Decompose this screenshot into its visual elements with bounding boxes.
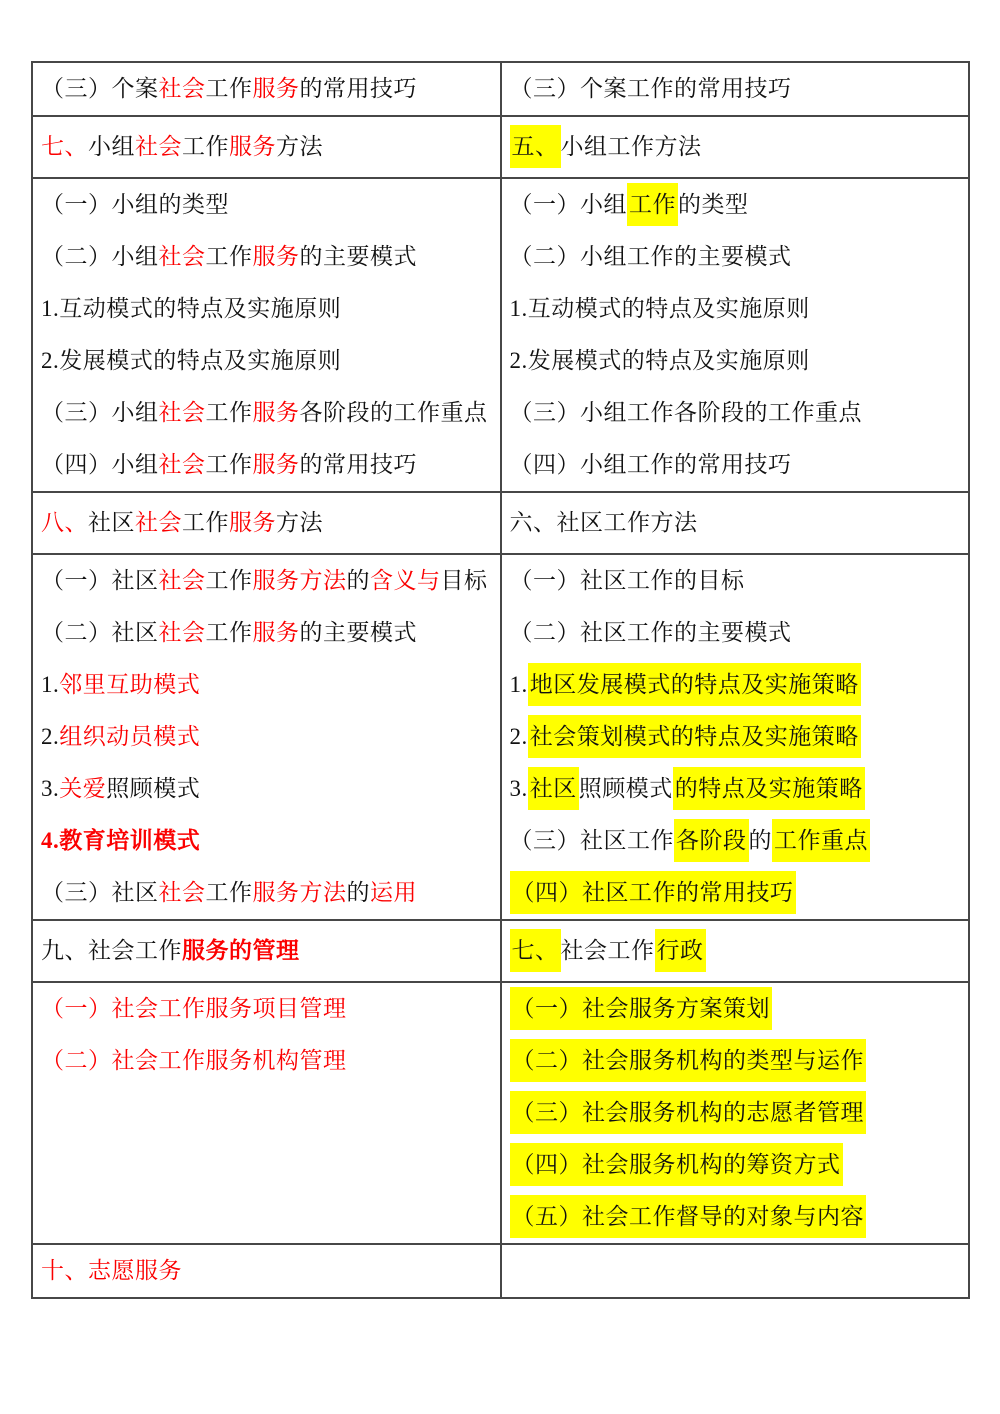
table-row: （一）小组的类型（二）小组社会工作服务的主要模式1.互动模式的特点及实施原则2.…	[32, 178, 969, 492]
text-segment: 3.	[510, 776, 528, 801]
text-line: 1.邻里互助模式	[41, 659, 492, 711]
text-line: （三）个案工作的常用技巧	[510, 63, 961, 115]
cell-left: （一）社区社会工作服务方法的含义与目标（二）社区社会工作服务的主要模式1.邻里互…	[32, 554, 501, 920]
text-line: （三）社区工作各阶段的工作重点	[510, 815, 961, 867]
text-segment: 的	[347, 568, 371, 593]
text-line: （二）社区工作的主要模式	[510, 607, 961, 659]
red-text: 服务的管理	[182, 938, 300, 963]
text-line: （三）小组工作各阶段的工作重点	[510, 387, 961, 439]
text-segment: 2.	[41, 724, 59, 749]
text-segment: 2.发展模式的特点及实施原则	[41, 348, 341, 373]
red-text: 八、	[41, 510, 88, 535]
table-row: （一）社会工作服务项目管理（二）社会工作服务机构管理（一）社会服务方案策划（二）…	[32, 982, 969, 1244]
cell-left: （一）小组的类型（二）小组社会工作服务的主要模式1.互动模式的特点及实施原则2.…	[32, 178, 501, 492]
text-line: （四）小组社会工作服务的常用技巧	[41, 439, 492, 491]
red-text: 社会	[159, 400, 206, 425]
text-segment: （二）小组	[41, 244, 159, 269]
text-line: 2.发展模式的特点及实施原则	[510, 335, 961, 387]
text-line: （五）社会工作督导的对象与内容	[510, 1191, 961, 1243]
text-segment: （三）个案	[41, 76, 159, 101]
text-line: 七、社会工作行政	[510, 925, 961, 977]
text-line: （一）小组的类型	[41, 179, 492, 231]
red-text: （二）社会工作服务机构管理	[41, 1048, 347, 1073]
text-line: （一）社会服务方案策划	[510, 983, 961, 1035]
red-text: 运用	[370, 880, 417, 905]
text-segment: 工作	[206, 620, 253, 645]
text-segment: （四）小组工作的常用技巧	[510, 452, 792, 477]
text-line: 八、社区社会工作服务方法	[41, 497, 492, 549]
text-line: （二）小组工作的主要模式	[510, 231, 961, 283]
syllabus-comparison-table: （三）个案社会工作服务的常用技巧（三）个案工作的常用技巧七、小组社会工作服务方法…	[31, 61, 970, 1299]
red-text: 含义与	[370, 568, 441, 593]
text-segment: （二）小组工作的主要模式	[510, 244, 792, 269]
text-segment: 六、社区工作方法	[510, 510, 698, 535]
highlighted-text: 社区	[528, 767, 579, 810]
text-segment: 目标	[441, 568, 488, 593]
red-text: 社会	[159, 880, 206, 905]
text-segment: （一）小组	[510, 192, 628, 217]
text-segment: 1.	[510, 672, 528, 697]
table-row: 七、小组社会工作服务方法五、小组工作方法	[32, 116, 969, 178]
text-segment: 的主要模式	[300, 244, 418, 269]
highlighted-text: 地区发展模式的特点及实施策略	[528, 663, 861, 706]
text-line: （二）社会工作服务机构管理	[41, 1035, 492, 1087]
text-segment: 社区	[88, 510, 135, 535]
text-line: 3.社区照顾模式的特点及实施策略	[510, 763, 961, 815]
text-segment: 的常用技巧	[300, 452, 418, 477]
text-line: 十、志愿服务	[41, 1245, 492, 1297]
highlighted-text: （四）社会服务机构的筹资方式	[510, 1143, 843, 1186]
text-segment: （三）社区	[41, 880, 159, 905]
red-text: 服务	[253, 452, 300, 477]
text-segment: 的	[749, 828, 773, 853]
cell-left: 十、志愿服务	[32, 1244, 501, 1298]
red-text: 服务方法	[253, 568, 347, 593]
text-line: （二）小组社会工作服务的主要模式	[41, 231, 492, 283]
highlighted-text: （五）社会工作督导的对象与内容	[510, 1195, 867, 1238]
text-segment: 工作	[206, 76, 253, 101]
text-segment: 2.	[510, 724, 528, 749]
text-line: （四）社会服务机构的筹资方式	[510, 1139, 961, 1191]
red-text: 社会	[159, 620, 206, 645]
cell-left: 八、社区社会工作服务方法	[32, 492, 501, 554]
text-segment: 工作	[206, 452, 253, 477]
table-row: 八、社区社会工作服务方法六、社区工作方法	[32, 492, 969, 554]
text-segment: 1.互动模式的特点及实施原则	[510, 296, 810, 321]
text-segment: 工作	[182, 510, 229, 535]
text-segment: 照顾模式	[106, 776, 200, 801]
table-row: 九、社会工作服务的管理七、社会工作行政	[32, 920, 969, 982]
text-line: 4.教育培训模式	[41, 815, 492, 867]
text-segment: 小组工作方法	[561, 134, 702, 159]
highlighted-text: （二）社会服务机构的类型与运作	[510, 1039, 867, 1082]
text-segment: （二）社区工作的主要模式	[510, 620, 792, 645]
red-text: 七、	[41, 134, 88, 159]
highlighted-text: （四）社区工作的常用技巧	[510, 871, 796, 914]
text-line: （四）社区工作的常用技巧	[510, 867, 961, 919]
text-line: 2.发展模式的特点及实施原则	[41, 335, 492, 387]
text-segment: 九、社会工作	[41, 938, 182, 963]
text-segment: 的常用技巧	[300, 76, 418, 101]
text-line: （三）社会服务机构的志愿者管理	[510, 1087, 961, 1139]
text-segment: 1.互动模式的特点及实施原则	[41, 296, 341, 321]
cell-right: （三）个案工作的常用技巧	[501, 62, 970, 116]
red-text: 邻里互助模式	[59, 672, 200, 697]
cell-right: 五、小组工作方法	[501, 116, 970, 178]
red-text: 社会	[135, 134, 182, 159]
red-text: 服务	[253, 76, 300, 101]
table-body: （三）个案社会工作服务的常用技巧（三）个案工作的常用技巧七、小组社会工作服务方法…	[32, 62, 969, 1298]
text-segment: （三）小组工作各阶段的工作重点	[510, 400, 863, 425]
cell-right: （一）社会服务方案策划（二）社会服务机构的类型与运作（三）社会服务机构的志愿者管…	[501, 982, 970, 1244]
text-line: （三）社区社会工作服务方法的运用	[41, 867, 492, 919]
red-text: 4.教育培训模式	[41, 828, 200, 853]
table-row: （一）社区社会工作服务方法的含义与目标（二）社区社会工作服务的主要模式1.邻里互…	[32, 554, 969, 920]
text-line: 六、社区工作方法	[510, 497, 961, 549]
text-segment: 的主要模式	[300, 620, 418, 645]
cell-left: 九、社会工作服务的管理	[32, 920, 501, 982]
text-segment: （一）社区工作的目标	[510, 568, 745, 593]
text-segment: （一）社区	[41, 568, 159, 593]
cell-right: 七、社会工作行政	[501, 920, 970, 982]
red-text: 服务	[229, 510, 276, 535]
document-page: （三）个案社会工作服务的常用技巧（三）个案工作的常用技巧七、小组社会工作服务方法…	[0, 0, 1000, 1414]
text-line: （一）社会工作服务项目管理	[41, 983, 492, 1035]
red-text: 社会	[135, 510, 182, 535]
text-line: （三）小组社会工作服务各阶段的工作重点	[41, 387, 492, 439]
red-text: （一）社会工作服务项目管理	[41, 996, 347, 1021]
red-text: 社会	[159, 452, 206, 477]
text-segment: 3.	[41, 776, 59, 801]
text-segment: （三）社区工作	[510, 828, 675, 853]
red-text: 十、志愿服务	[41, 1258, 182, 1283]
text-segment: 各阶段的工作重点	[300, 400, 488, 425]
text-segment: （一）小组的类型	[41, 192, 229, 217]
red-text: 服务方法	[253, 880, 347, 905]
red-text: 服务	[253, 620, 300, 645]
red-text: 服务	[253, 244, 300, 269]
text-segment: 照顾模式	[579, 776, 673, 801]
text-segment: 工作	[206, 400, 253, 425]
text-segment: （三）小组	[41, 400, 159, 425]
table-row: （三）个案社会工作服务的常用技巧（三）个案工作的常用技巧	[32, 62, 969, 116]
red-text: 组织动员模式	[59, 724, 200, 749]
text-line: （四）小组工作的常用技巧	[510, 439, 961, 491]
red-text: 社会	[159, 244, 206, 269]
text-line: （一）社区工作的目标	[510, 555, 961, 607]
highlighted-text: 工作重点	[772, 819, 870, 862]
highlighted-text: 行政	[655, 929, 706, 972]
text-segment: 的	[347, 880, 371, 905]
text-line: 五、小组工作方法	[510, 121, 961, 173]
cell-left: （一）社会工作服务项目管理（二）社会工作服务机构管理	[32, 982, 501, 1244]
red-text: 服务	[229, 134, 276, 159]
cell-left: 七、小组社会工作服务方法	[32, 116, 501, 178]
cell-left: （三）个案社会工作服务的常用技巧	[32, 62, 501, 116]
text-segment: 方法	[276, 134, 323, 159]
text-line: 九、社会工作服务的管理	[41, 925, 492, 977]
red-text: 关爱	[59, 776, 106, 801]
highlighted-text: 各阶段	[674, 819, 749, 862]
text-segment: 社会工作	[561, 938, 655, 963]
text-segment: （二）社区	[41, 620, 159, 645]
highlighted-text: 的特点及实施策略	[673, 767, 865, 810]
text-line: 2.组织动员模式	[41, 711, 492, 763]
text-line: （一）社区社会工作服务方法的含义与目标	[41, 555, 492, 607]
highlighted-text: 七、	[510, 929, 561, 972]
cell-right	[501, 1244, 970, 1298]
text-segment: （四）小组	[41, 452, 159, 477]
text-line: 1.地区发展模式的特点及实施策略	[510, 659, 961, 711]
text-line: （二）社区社会工作服务的主要模式	[41, 607, 492, 659]
text-segment: 工作	[182, 134, 229, 159]
highlighted-text: （三）社会服务机构的志愿者管理	[510, 1091, 867, 1134]
highlighted-text: 五、	[510, 125, 561, 168]
cell-right: 六、社区工作方法	[501, 492, 970, 554]
text-line: （二）社会服务机构的类型与运作	[510, 1035, 961, 1087]
text-segment: 的类型	[678, 192, 749, 217]
highlighted-text: 工作	[627, 183, 678, 226]
text-segment: 工作	[206, 568, 253, 593]
text-segment: （三）个案工作的常用技巧	[510, 76, 792, 101]
red-text: 服务	[253, 400, 300, 425]
text-line: （一）小组工作的类型	[510, 179, 961, 231]
text-line: 1.互动模式的特点及实施原则	[41, 283, 492, 335]
text-line: （三）个案社会工作服务的常用技巧	[41, 63, 492, 115]
text-line: 1.互动模式的特点及实施原则	[510, 283, 961, 335]
red-text: 社会	[159, 568, 206, 593]
text-segment: 工作	[206, 880, 253, 905]
highlighted-text: 社会策划模式的特点及实施策略	[528, 715, 861, 758]
text-segment: 1.	[41, 672, 59, 697]
cell-right: （一）小组工作的类型（二）小组工作的主要模式1.互动模式的特点及实施原则2.发展…	[501, 178, 970, 492]
text-line: 3.关爱照顾模式	[41, 763, 492, 815]
text-segment: 方法	[276, 510, 323, 535]
highlighted-text: （一）社会服务方案策划	[510, 987, 773, 1030]
text-segment: 小组	[88, 134, 135, 159]
text-segment: 工作	[206, 244, 253, 269]
table-row: 十、志愿服务	[32, 1244, 969, 1298]
red-text: 社会	[159, 76, 206, 101]
text-segment: 2.发展模式的特点及实施原则	[510, 348, 810, 373]
text-line: 七、小组社会工作服务方法	[41, 121, 492, 173]
cell-right: （一）社区工作的目标（二）社区工作的主要模式1.地区发展模式的特点及实施策略2.…	[501, 554, 970, 920]
text-line: 2.社会策划模式的特点及实施策略	[510, 711, 961, 763]
